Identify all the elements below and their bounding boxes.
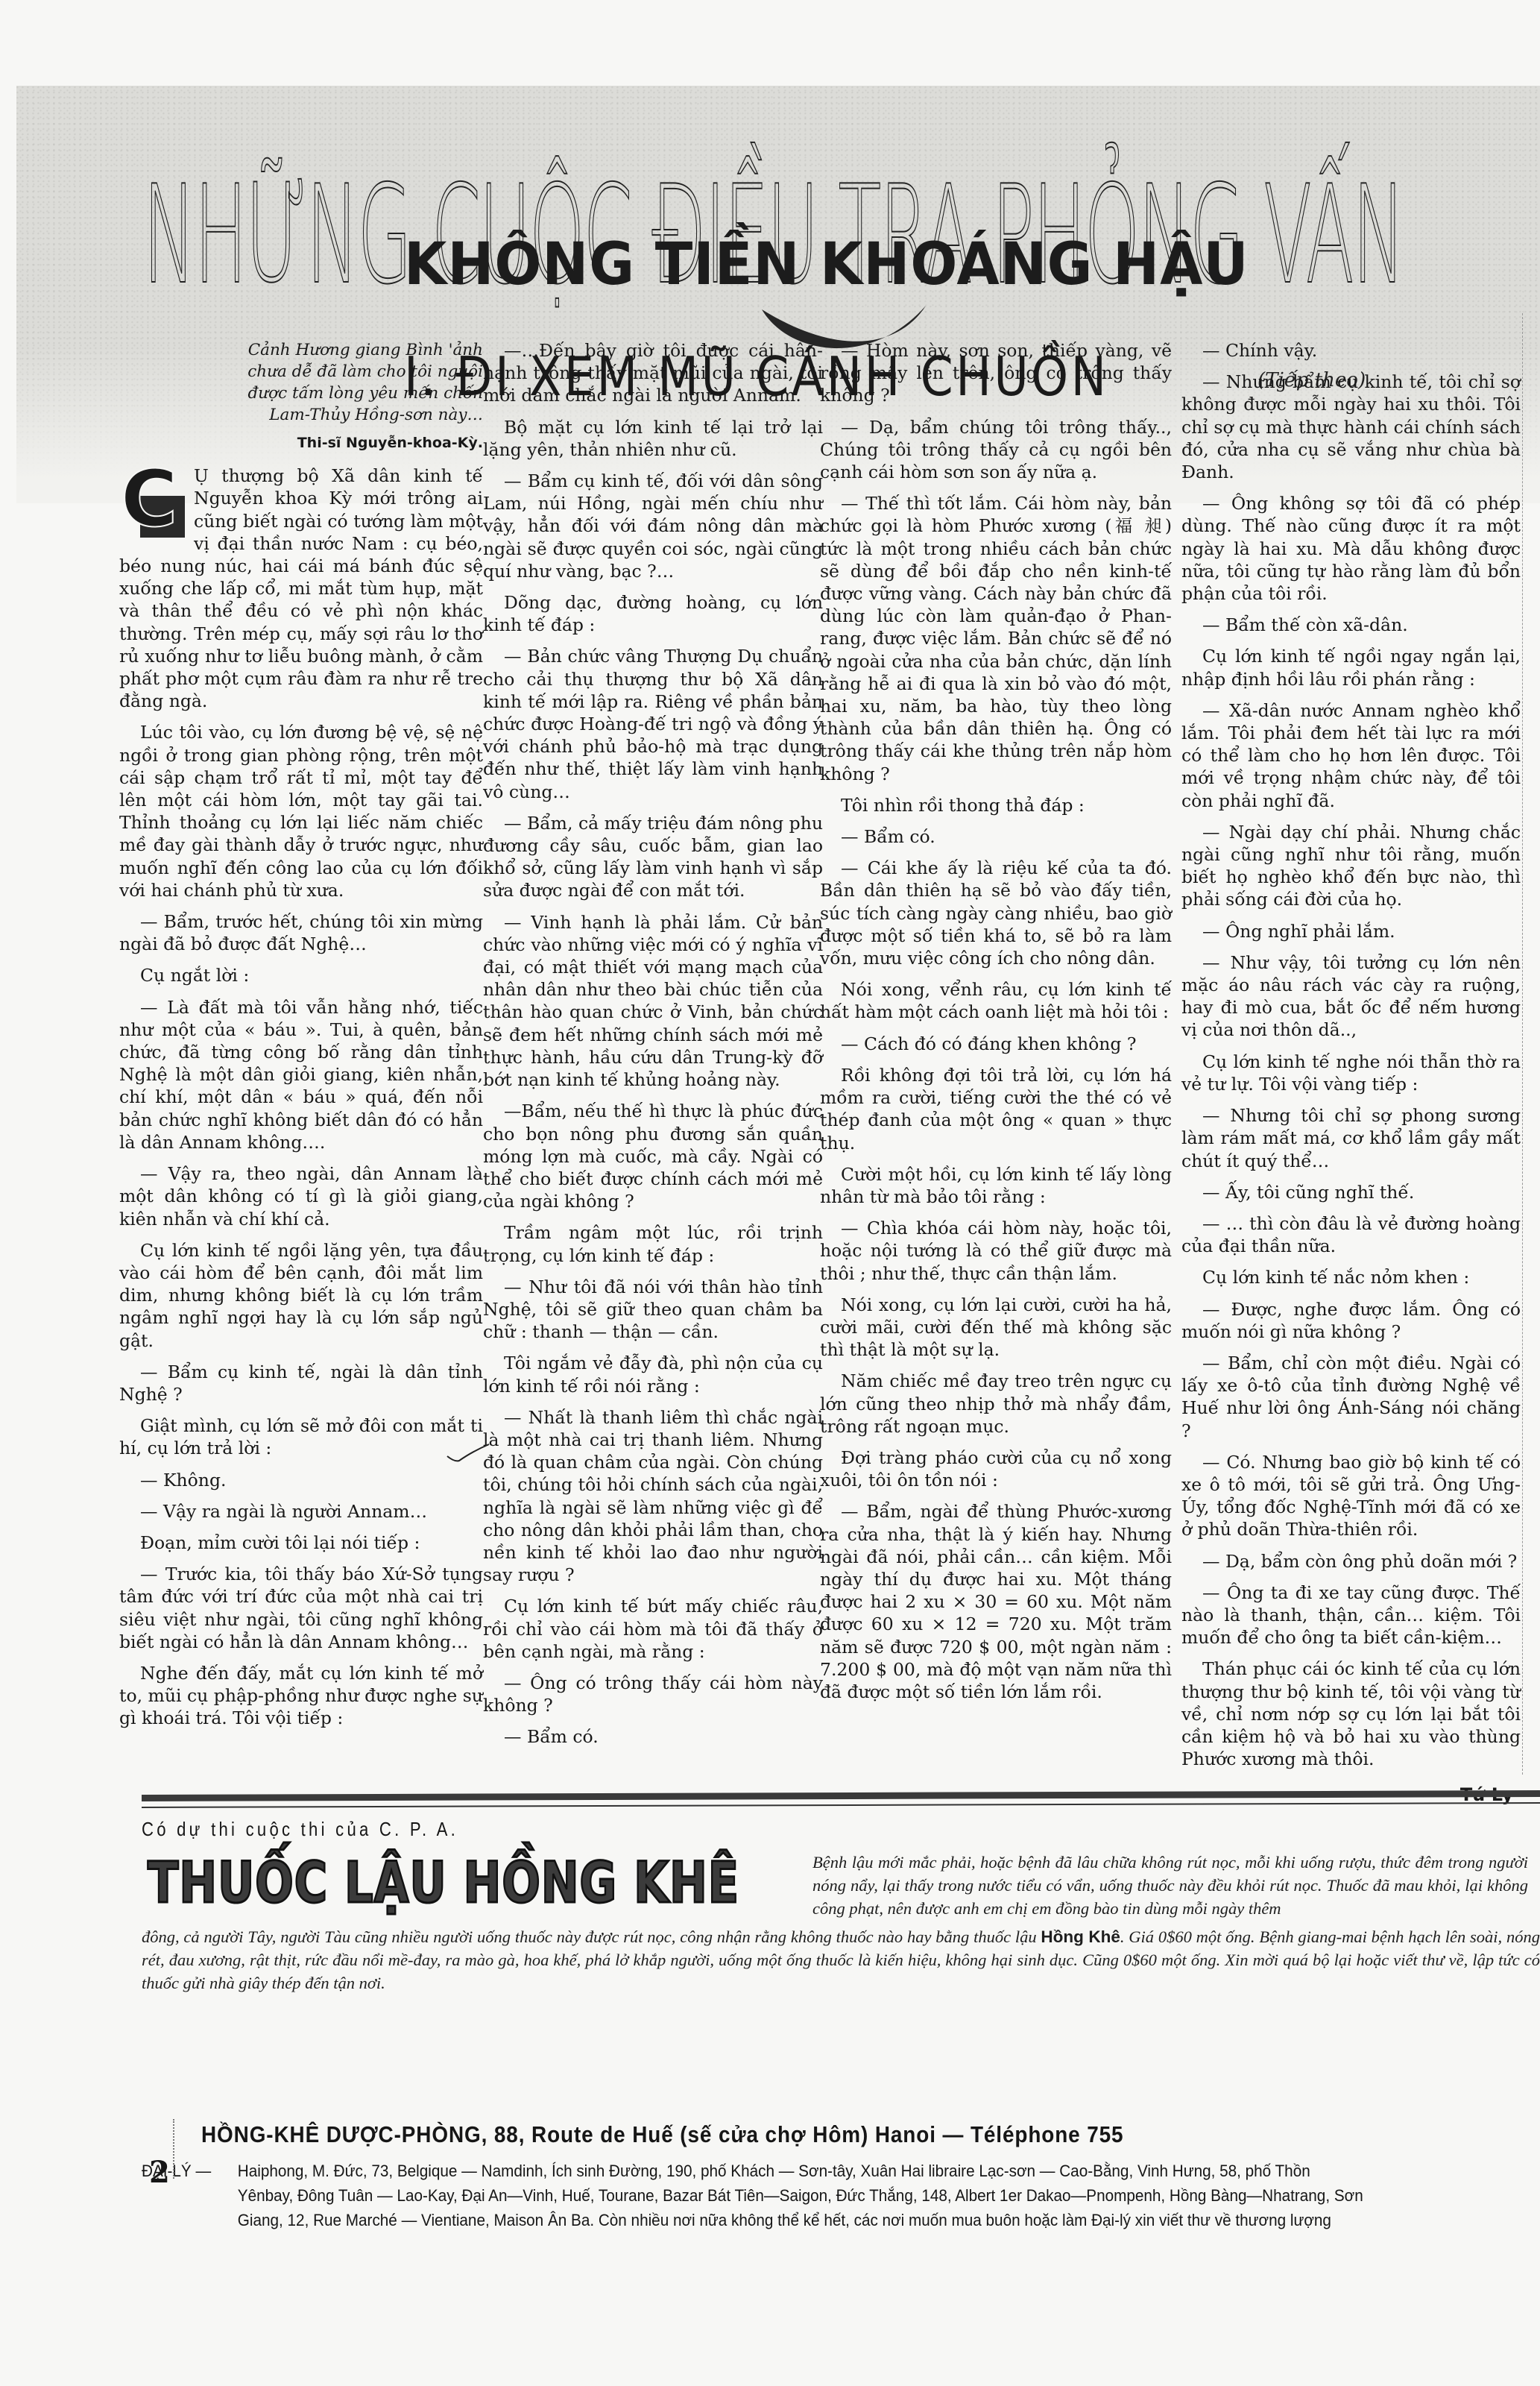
- ad-brand-title: THUỐC LẬU HỒNG KHÊ: [148, 1849, 739, 1916]
- pen-check-mark-icon: [446, 1443, 490, 1465]
- paragraph: Cụ lớn kinh tế nắc nỏm khen :: [1181, 1266, 1521, 1288]
- paragraph: — Như tôi đã nói với thân hào tỉnh Nghệ,…: [483, 1276, 823, 1344]
- paragraph: Đoạn, mỉm cười tôi lại nói tiếp :: [119, 1532, 483, 1554]
- paragraph: — Vinh hạnh là phải lắm. Cử bản chức vào…: [483, 911, 823, 1092]
- paragraph: — Ông có trông thấy cái hòm này không ?: [483, 1672, 823, 1716]
- page-number: 2: [149, 2155, 170, 2190]
- paragraph: Nói xong, vểnh râu, cụ lớn kinh tế hất h…: [820, 978, 1172, 1023]
- paragraph: — Ấy, tôi cũng nghĩ thế.: [1181, 1181, 1521, 1203]
- ad-address: HỒNG-KHÊ DƯỢC-PHÒNG, 88, Route de Huế (s…: [201, 2121, 1275, 2148]
- paragraph: Giật mình, cụ lớn sẽ mở đôi con mắt ti h…: [119, 1414, 483, 1459]
- paragraph: — Ông không sợ tôi đã có phép dùng. Thế …: [1181, 492, 1521, 605]
- paragraph: — Bẩm có.: [820, 825, 1172, 848]
- dealers-text: Haiphong, M. Đức, 73, Belgique — Namdinh…: [238, 2162, 1310, 2180]
- paragraph: — Bẩm, trước hết, chúng tôi xin mừng ngà…: [119, 910, 483, 955]
- paragraph: — Vậy ra, theo ngài, dân Annam là một dâ…: [119, 1162, 483, 1230]
- paragraph: — Bẩm cụ kinh tế, đối với dân sông Lam, …: [483, 470, 823, 582]
- ad-brand-inline: Hồng Khê: [1041, 1927, 1120, 1946]
- paragraph: Đợi tràng pháo cười của cụ nổ xong xuôi,…: [820, 1447, 1172, 1491]
- paragraph: — Bản chức vâng Thượng Dụ chuẩn cho cải …: [483, 645, 823, 802]
- paragraph: — Cái khe ấy là riệu kế của ta đó. Bần d…: [820, 857, 1172, 969]
- paragraph: — Như vậy, tôi tưởng cụ lớn nên mặc áo n…: [1181, 951, 1521, 1042]
- paragraph: Bộ mặt cụ lớn kinh tế lại trở lại lặng y…: [483, 416, 823, 461]
- paragraph: Cụ lớn kinh tế nghe nói thẫn thờ ra vẻ t…: [1181, 1051, 1521, 1095]
- ad-contest-note: Có dự thi cuộc thi của C. P. A.: [142, 1818, 458, 1841]
- paragraph: Tôi nhìn rồi thong thả đáp :: [820, 794, 1172, 816]
- paragraph: — Được, nghe được lắm. Ông có muốn nói g…: [1181, 1298, 1521, 1343]
- paragraph: Tôi ngắm vẻ đẫy đà, phì nộn của cụ lớn k…: [483, 1352, 823, 1397]
- paragraph: Năm chiếc mề đay treo trên ngực cụ lớn c…: [820, 1370, 1172, 1438]
- paragraph: — Ngài dạy chí phải. Nhưng chắc ngài cũn…: [1181, 821, 1521, 911]
- paragraph: Cụ lớn kinh tế ngồi lặng yên, tựa đầu và…: [119, 1239, 483, 1352]
- dealers-line: Giang, 12, Rue Marché — Vientiane, Maiso…: [142, 2208, 1428, 2232]
- article-column-3: — Hòm này, sơn son, thiếp vàng, vẽ rồng …: [820, 339, 1172, 1712]
- paragraph: — Nhưng bẩm cụ kinh tế, tôi chỉ sợ không…: [1181, 371, 1521, 483]
- paragraph: — Chìa khóa cái hòm này, hoặc tôi, hoặc …: [820, 1217, 1172, 1285]
- paragraph: Nói xong, cụ lớn lại cười, cười ha hả, c…: [820, 1294, 1172, 1362]
- page-number-rule: [173, 2119, 174, 2179]
- paragraph: — Bẩm, ngài để thùng Phước-xương ra cửa …: [820, 1500, 1172, 1703]
- paragraph: Cụ lớn kinh tế bứt mấy chiếc râu, rồi ch…: [483, 1595, 823, 1663]
- paragraph: — Thế thì tốt lắm. Cái hòm này, bản chức…: [820, 492, 1172, 785]
- paragraph: — Cách đó có đáng khen không ?: [820, 1033, 1172, 1055]
- paragraph: — Bẩm cụ kinh tế, ngài là dân tỉnh Nghệ …: [119, 1361, 483, 1406]
- paragraph: — Xã-dân nước Annam nghèo khổ lắm. Tôi p…: [1181, 699, 1521, 812]
- paragraph: — Ông ta đi xe tay cũng được. Thế nào là…: [1181, 1581, 1521, 1649]
- paragraph: —Bẩm, nếu thế hì thực là phúc đức cho bọ…: [483, 1100, 823, 1212]
- paragraph: — Dạ, bẩm còn ông phủ doãn mới ?: [1181, 1550, 1521, 1573]
- paragraph: — Chính vậy.: [1181, 339, 1521, 362]
- paragraph: —…Đến bây giờ tôi được cái hân-hạnh trôn…: [483, 339, 823, 407]
- paragraph: — … thì còn đâu là vẻ đường hoàng của đạ…: [1181, 1212, 1521, 1257]
- paragraph: — Là đất mà tôi vẫn hằng nhớ, tiếc như m…: [119, 996, 483, 1153]
- paragraph: Thán phục cái óc kinh tế của cụ lớn thượ…: [1181, 1658, 1521, 1770]
- sub-title: KHÔNG TIỀN KHOÁNG HẬU: [404, 231, 1249, 298]
- paragraph: Cụ ngắt lời :: [119, 964, 483, 986]
- paragraph: Nghe đến đấy, mắt cụ lớn kinh tế mở to, …: [119, 1662, 483, 1730]
- paragraph: — Bẩm có.: [483, 1725, 823, 1748]
- drop-cap-letter: C: [121, 454, 177, 544]
- epigraph: Cảnh Hương giang Bình 'ảnh chưa dễ đã là…: [119, 339, 483, 426]
- article-column-2: —…Đến bây giờ tôi được cái hân-hạnh trôn…: [483, 339, 823, 1757]
- paragraph: — Hòm này, sơn son, thiếp vàng, vẽ rồng …: [820, 339, 1172, 407]
- paragraph: — Ông nghĩ phải lắm.: [1181, 920, 1521, 942]
- paragraph: — Nhất là thanh liêm thì chắc ngài là mộ…: [483, 1406, 823, 1587]
- paragraph: Cụ lớn kinh tế ngồi ngay ngắn lại, nhập …: [1181, 645, 1521, 690]
- article-column-1: Cảnh Hương giang Bình 'ảnh chưa dễ đã là…: [119, 339, 483, 1739]
- adjacent-page-edge: [1522, 313, 1540, 1775]
- paragraph: — Có. Nhưng bao giờ bộ kinh tế có xe ô t…: [1181, 1451, 1521, 1541]
- epigraph-author: Thi-sĩ Nguyễn-khoa-Kỳ.: [119, 432, 483, 454]
- paragraph: Rồi không đợi tôi trả lời, cụ lớn há mồm…: [820, 1064, 1172, 1154]
- drop-cap: C: [119, 466, 186, 536]
- paragraph: Cười một hồi, cụ lớn kinh tế lấy lòng nh…: [820, 1163, 1172, 1208]
- ad-body-text: đông, cả người Tây, người Tàu cũng nhiều…: [142, 1927, 1041, 1946]
- ad-body-full: đông, cả người Tây, người Tàu cũng nhiều…: [142, 1925, 1540, 1995]
- paragraph: Lúc tôi vào, cụ lớn đương bệ vệ, sệ nệ n…: [119, 721, 483, 901]
- paragraph: — Vậy ra ngài là người Annam…: [119, 1500, 483, 1523]
- article-column-4: — Chính vậy. — Nhưng bẩm cụ kinh tế, tôi…: [1181, 339, 1521, 1807]
- paragraph: Dõng dạc, đường hoàng, cụ lớn kinh tế đá…: [483, 591, 823, 636]
- dealers-line: Yênbay, Đông Tuân — Lao-Kay, Đại An—Vinh…: [142, 2183, 1428, 2208]
- paragraph: — Bẩm thế còn xã-dân.: [1181, 614, 1521, 636]
- dealers-line: ĐẠI-LÝ —Haiphong, M. Đức, 73, Belgique —…: [142, 2159, 1428, 2183]
- paragraph: — Bẩm, chỉ còn một điều. Ngài có lấy xe …: [1181, 1352, 1521, 1442]
- paragraph: Trầm ngâm một lúc, rồi trịnh trọng, cụ l…: [483, 1221, 823, 1266]
- ad-body-right: Bệnh lậu mới mắc phải, hoặc bệnh đã lâu …: [812, 1851, 1528, 1920]
- paragraph: — Nhưng tôi chỉ sợ phong sương làm rám m…: [1181, 1104, 1521, 1172]
- paragraph: — Dạ, bẩm chúng tôi trông thấy.., Chúng …: [820, 416, 1172, 484]
- ad-dealers: ĐẠI-LÝ —Haiphong, M. Đức, 73, Belgique —…: [142, 2159, 1428, 2232]
- paragraph: — Không.: [119, 1469, 483, 1491]
- paragraph: — Trước kia, tôi thấy báo Xứ-Sở tụng tâm…: [119, 1563, 483, 1653]
- paragraph: — Bẩm, cả mấy triệu đám nông phu đương c…: [483, 812, 823, 902]
